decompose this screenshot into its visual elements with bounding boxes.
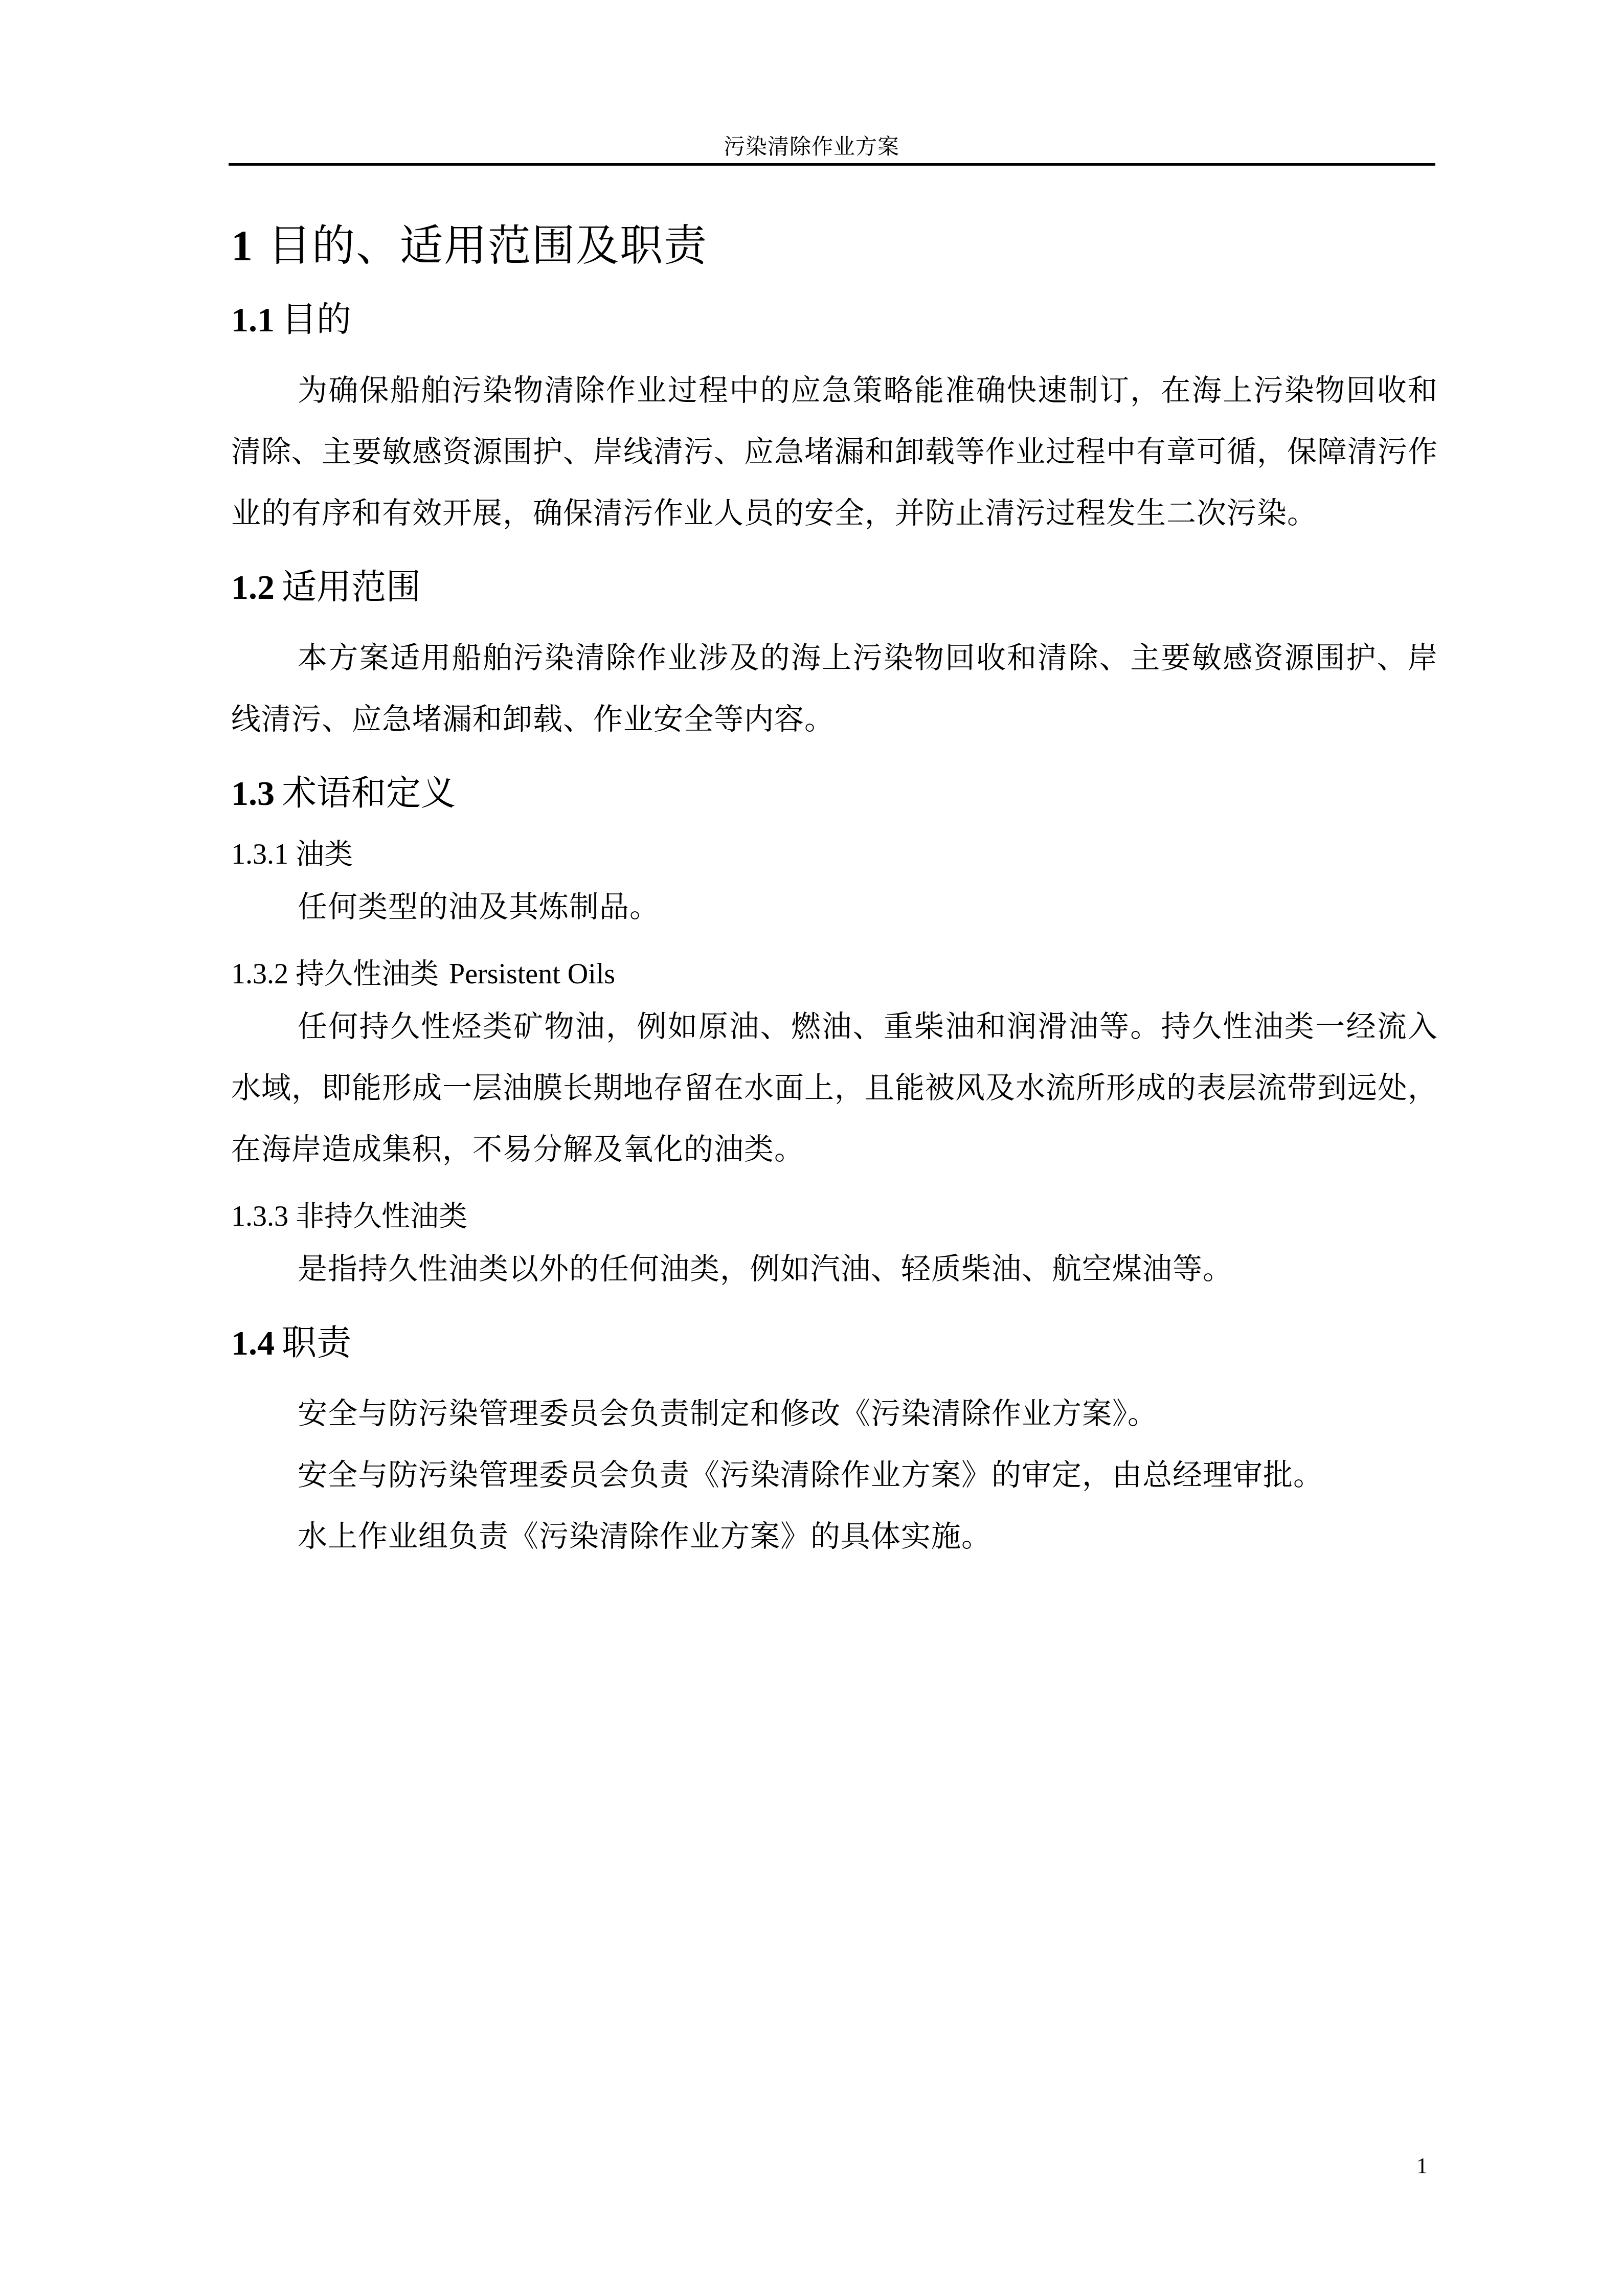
chapter-number: 1 — [231, 222, 254, 270]
section-responsibilities: 1.4职责 安全与防污染管理委员会负责制定和修改《污染清除作业方案》。 安全与防… — [231, 1320, 1438, 1567]
section-heading: 1.1目的 — [231, 297, 1438, 343]
page-content: 1目的、适用范围及职责 1.1目的 为确保船舶污染物清除作业过程中的应急策略能准… — [231, 220, 1438, 1587]
section-title: 职责 — [282, 1323, 351, 1363]
section-purpose: 1.1目的 为确保船舶污染物清除作业过程中的应急策略能准确快速制订，在海上污染物… — [231, 297, 1438, 544]
section-scope: 1.2适用范围 本方案适用船舶污染清除作业涉及的海上污染物回收和清除、主要敏感资… — [231, 564, 1438, 750]
paragraph: 本方案适用船舶污染清除作业涉及的海上污染物回收和清除、主要敏感资源围护、岸线清污… — [231, 627, 1438, 750]
section-title: 目的 — [282, 300, 351, 340]
section-number: 1.4 — [231, 1323, 275, 1362]
subsection-title: 非持久性油类 — [296, 1200, 467, 1233]
definition-paragraph: 任何持久性烃类矿物油，例如原油、燃油、重柴油和润滑油等。持久性油类一经流入水域，… — [231, 996, 1438, 1180]
chapter-heading: 1目的、适用范围及职责 — [231, 220, 1438, 272]
subsection-heading: 1.3.1油类 — [231, 833, 1438, 876]
section-title: 适用范围 — [282, 567, 421, 607]
section-heading: 1.2适用范围 — [231, 564, 1438, 611]
running-header-title: 污染清除作业方案 — [0, 134, 1623, 160]
header-rule-divider — [229, 163, 1435, 166]
section-number: 1.1 — [231, 300, 275, 339]
section-heading: 1.4职责 — [231, 1320, 1438, 1366]
subsection-number: 1.3.2 — [231, 958, 288, 990]
page-number: 1 — [1416, 2153, 1428, 2179]
section-number: 1.2 — [231, 568, 275, 606]
chapter-title: 目的、适用范围及职责 — [268, 220, 708, 271]
definition-paragraph: 是指持久性油类以外的任何油类，例如汽油、轻质柴油、航空煤油等。 — [231, 1238, 1438, 1299]
section-number: 1.3 — [231, 774, 275, 813]
paragraph: 水上作业组负责《污染清除作业方案》的具体实施。 — [231, 1505, 1438, 1567]
document-page: 污染清除作业方案 1目的、适用范围及职责 1.1目的 为确保船舶污染物清除作业过… — [0, 0, 1623, 2296]
subsection-title: 持久性油类 — [296, 957, 439, 991]
subsection-title: 油类 — [296, 838, 353, 871]
section-terms-definitions: 1.3术语和定义 1.3.1油类 任何类型的油及其炼制品。 1.3.2持久性油类… — [231, 770, 1438, 1299]
section-title: 术语和定义 — [282, 773, 456, 814]
paragraph: 安全与防污染管理委员会负责《污染清除作业方案》的审定，由总经理审批。 — [231, 1444, 1438, 1505]
section-heading: 1.3术语和定义 — [231, 770, 1438, 817]
paragraph: 安全与防污染管理委员会负责制定和修改《污染清除作业方案》。 — [231, 1383, 1438, 1444]
subsection-number: 1.3.3 — [231, 1201, 288, 1232]
subsection-title-en: Persistent Oils — [449, 958, 615, 990]
subsection-heading: 1.3.2持久性油类Persistent Oils — [231, 953, 1438, 996]
paragraph: 为确保船舶污染物清除作业过程中的应急策略能准确快速制订，在海上污染物回收和清除、… — [231, 359, 1438, 544]
subsection-number: 1.3.1 — [231, 839, 288, 870]
subsection-heading: 1.3.3非持久性油类 — [231, 1195, 1438, 1238]
definition-paragraph: 任何类型的油及其炼制品。 — [231, 876, 1438, 937]
